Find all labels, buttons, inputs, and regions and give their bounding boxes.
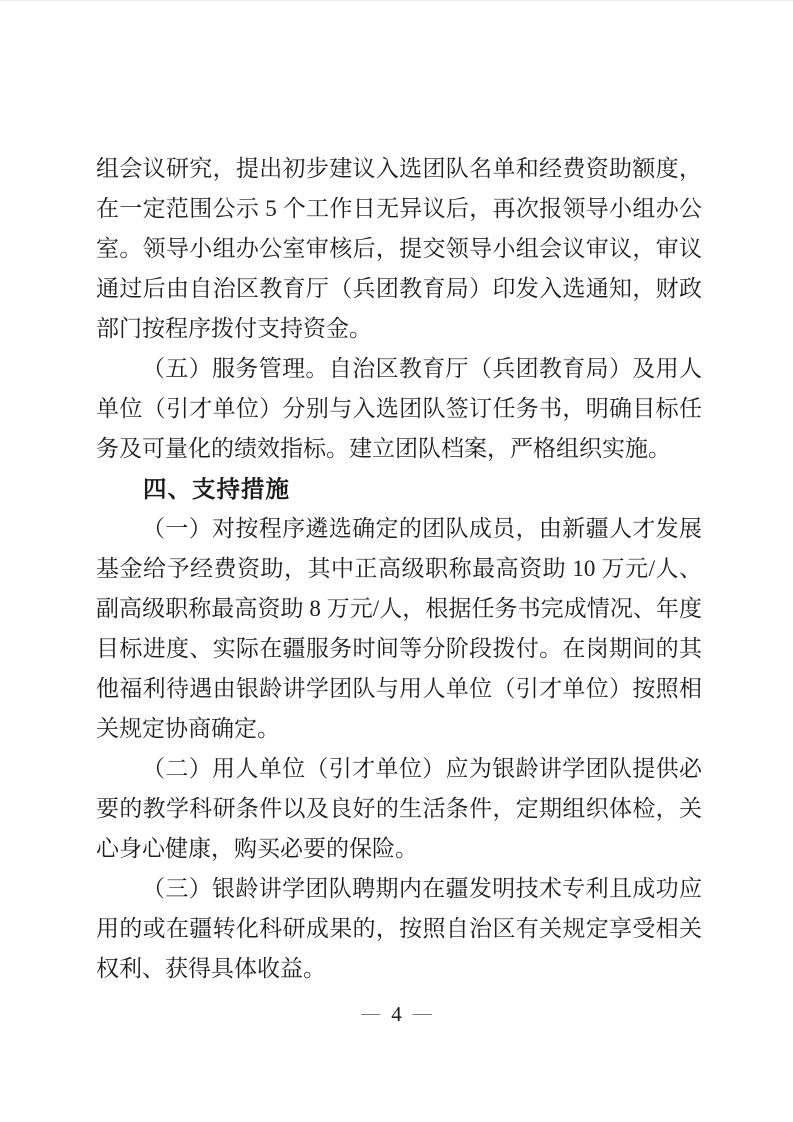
paragraph-line: 目标进度、实际在疆服务时间等分阶段拨付。在岗期间的其 xyxy=(96,629,702,669)
paragraph-line: （三）银龄讲学团队聘期内在疆发明技术专利且成功应 xyxy=(96,869,702,909)
paragraph-line: 心身心健康，购买必要的保险。 xyxy=(96,829,702,869)
paragraph-line: 室。领导小组办公室审核后，提交领导小组会议审议，审议 xyxy=(96,229,702,269)
paragraph-line: （一）对按程序遴选确定的团队成员，由新疆人才发展 xyxy=(96,509,702,549)
page-footer: —4— xyxy=(0,1001,793,1029)
page-number: 4 xyxy=(391,1002,402,1026)
section-heading: 四、支持措施 xyxy=(96,469,702,509)
paragraph-line: 部门按程序拨付支持资金。 xyxy=(96,309,702,349)
paragraph-line: 他福利待遇由银龄讲学团队与用人单位（引才单位）按照相 xyxy=(96,669,702,709)
paragraph-line: 务及可量化的绩效指标。建立团队档案，严格组织实施。 xyxy=(96,429,702,469)
page-number-dash-right: — xyxy=(413,1003,432,1024)
paragraph-line: （二）用人单位（引才单位）应为银龄讲学团队提供必 xyxy=(96,749,702,789)
document-body: 组会议研究，提出初步建议入选团队名单和经费资助额度， 在一定范围公示 5 个工作… xyxy=(96,149,702,989)
paragraph-line: 副高级职称最高资助 8 万元/人，根据任务书完成情况、年度 xyxy=(96,589,702,629)
paragraph-line: 组会议研究，提出初步建议入选团队名单和经费资助额度， xyxy=(96,149,702,189)
page: 组会议研究，提出初步建议入选团队名单和经费资助额度， 在一定范围公示 5 个工作… xyxy=(0,0,793,1122)
paragraph-line: 关规定协商确定。 xyxy=(96,709,702,749)
page-number-dash-left: — xyxy=(361,1003,380,1024)
paragraph-line: 单位（引才单位）分别与入选团队签订任务书，明确目标任 xyxy=(96,389,702,429)
paragraph-line: 权利、获得具体收益。 xyxy=(96,949,702,989)
paragraph-line: （五）服务管理。自治区教育厅（兵团教育局）及用人 xyxy=(96,349,702,389)
paragraph-line: 通过后由自治区教育厅（兵团教育局）印发入选通知，财政 xyxy=(96,269,702,309)
paragraph-line: 要的教学科研条件以及良好的生活条件，定期组织体检，关 xyxy=(96,789,702,829)
paragraph-line: 用的或在疆转化科研成果的，按照自治区有关规定享受相关 xyxy=(96,909,702,949)
paragraph-line: 在一定范围公示 5 个工作日无异议后，再次报领导小组办公 xyxy=(96,189,702,229)
paragraph-line: 基金给予经费资助，其中正高级职称最高资助 10 万元/人、 xyxy=(96,549,702,589)
